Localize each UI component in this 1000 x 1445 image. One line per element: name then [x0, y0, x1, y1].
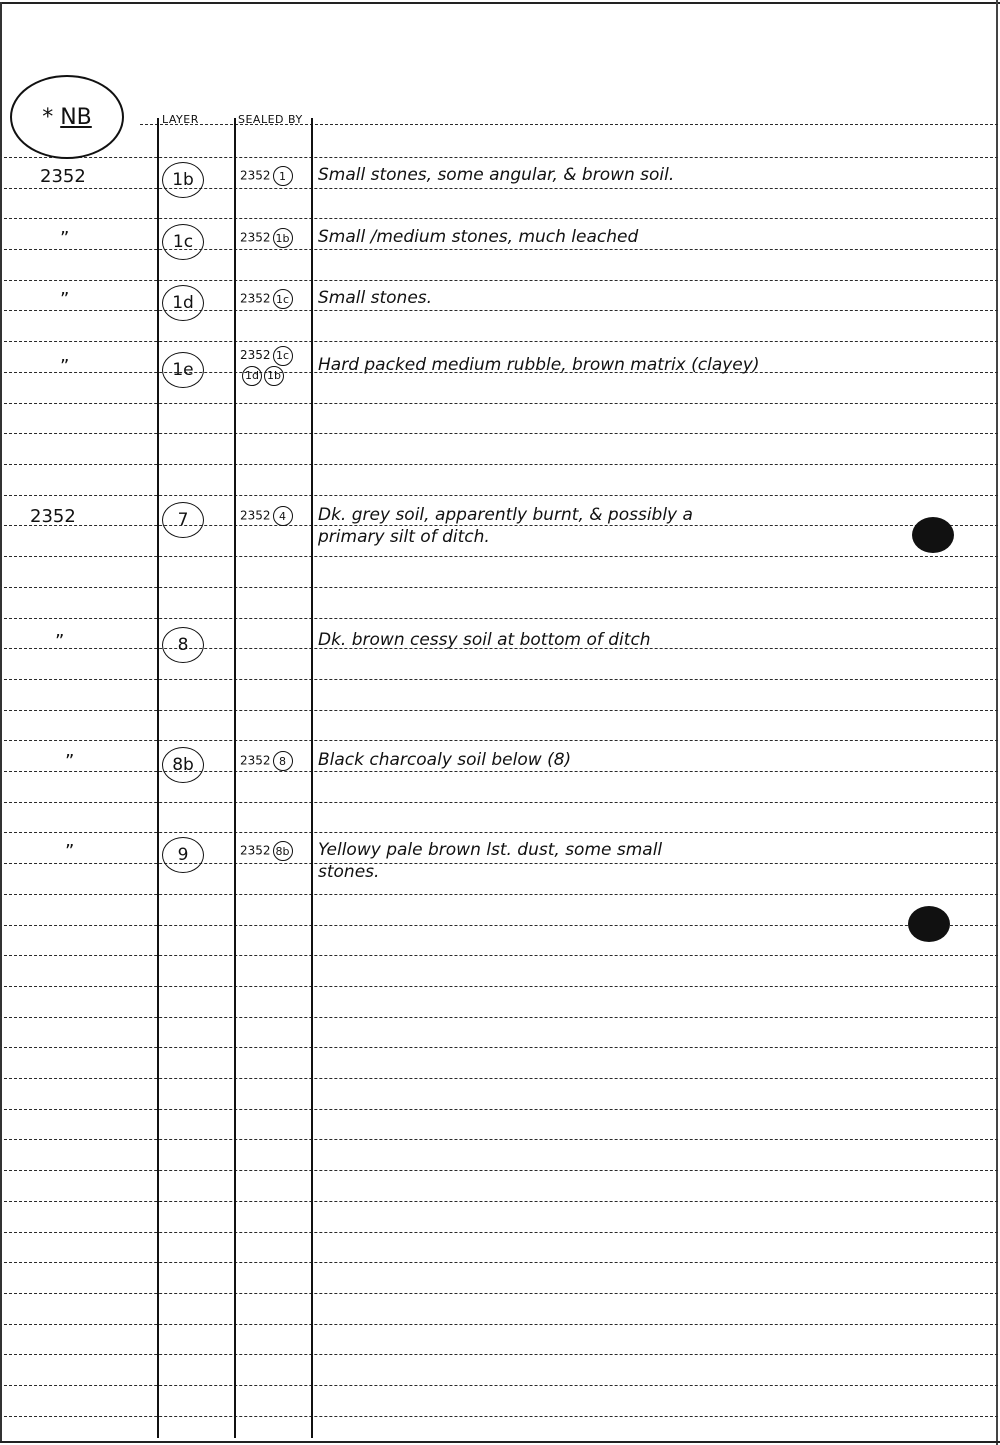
column-divider-description [311, 118, 313, 1438]
ruled-line [4, 863, 998, 864]
ruled-line [4, 740, 998, 741]
sealed-by-context: 2352 [240, 231, 271, 245]
ruled-line [4, 587, 998, 588]
context-number: ” [60, 289, 69, 310]
sealed-by: 23524 [240, 506, 293, 526]
ruled-line [4, 1385, 998, 1386]
ruled-line [4, 1262, 998, 1263]
ruled-line [4, 1047, 998, 1048]
sealed-by: 23521c1d1b [240, 346, 312, 386]
sealed-by: 23521c [240, 289, 293, 309]
ruled-line [4, 1017, 998, 1018]
sealed-by-layer: 8b [273, 841, 293, 861]
ruled-line [4, 464, 998, 465]
ruled-line [4, 249, 998, 250]
sealed-by-context: 2352 [240, 348, 271, 362]
header-layer: LAYER [162, 113, 199, 126]
sealed-by-context: 2352 [240, 844, 271, 858]
asterisk-icon: * [42, 105, 53, 130]
layer-description: Hard packed medium rubble, brown matrix … [318, 355, 759, 375]
ruled-line [4, 218, 998, 219]
ruled-line [4, 1139, 998, 1140]
punch-hole-lower [908, 906, 950, 942]
layer-description: Small /medium stones, much leached [318, 227, 638, 247]
sealed-by-context: 2352 [240, 509, 271, 523]
layer-description: Dk. grey soil, apparently burnt, & possi… [318, 505, 693, 525]
sealed-by-layer: 1d [242, 366, 262, 386]
nb-text: NB [60, 105, 92, 130]
ruled-line [4, 495, 998, 496]
sealed-by-layer: 1c [273, 289, 293, 309]
layer-description: Dk. brown cessy soil at bottom of ditch [318, 630, 651, 650]
ruled-line [4, 525, 998, 526]
sealed-by-layer: 1c [273, 346, 293, 366]
ruled-line [4, 433, 998, 434]
layer-description: Small stones, some angular, & brown soil… [318, 165, 674, 185]
ruled-line [4, 1324, 998, 1325]
column-divider-sealed-by [234, 118, 236, 1438]
ruled-line [4, 832, 998, 833]
ruled-line [4, 618, 998, 619]
layer-number: 8b [162, 747, 204, 783]
sealed-by-layer: 1b [264, 366, 284, 386]
sealed-by-layer: 1b [273, 228, 293, 248]
layer-description: Black charcoaly soil below (8) [318, 750, 571, 770]
context-number: ” [60, 228, 69, 249]
layer-description: Small stones. [318, 288, 432, 308]
ruled-line [4, 341, 998, 342]
ruled-line [4, 157, 998, 158]
ruled-line [4, 1170, 998, 1171]
sealed-by-layer: 4 [273, 506, 293, 526]
layer-description: stones. [318, 862, 379, 882]
ruled-line [4, 986, 998, 987]
ruled-line [4, 679, 998, 680]
page-edge-left [0, 2, 2, 1442]
context-number: ” [55, 631, 64, 652]
layer-number: 8 [162, 627, 204, 663]
ruled-line [4, 771, 998, 772]
ruled-line [4, 710, 998, 711]
layer-number: 1c [162, 224, 204, 260]
sealed-by: 23528b [240, 841, 293, 861]
nb-marker: * NB [10, 75, 124, 159]
sealed-by-context: 2352 [240, 754, 271, 768]
ruled-line [4, 894, 998, 895]
page-edge-bottom [0, 1441, 1000, 1443]
ruled-line [4, 280, 998, 281]
context-number: ” [65, 841, 74, 862]
layer-number: 7 [162, 502, 204, 538]
sealed-by: 23528 [240, 751, 293, 771]
ruled-line [4, 955, 998, 956]
page-edge-right [996, 0, 998, 1445]
header-sealed-by: SEALED BY [238, 113, 303, 126]
ruled-line [4, 556, 998, 557]
sealed-by-context: 2352 [240, 169, 271, 183]
punch-hole-upper [912, 517, 954, 553]
ruled-line [4, 1354, 998, 1355]
sealed-by: 23521 [240, 166, 293, 186]
context-number: ” [60, 356, 69, 377]
notebook-page: * NB LAYER SEALED BY 23521b23521Small st… [0, 0, 1000, 1445]
ruled-line [4, 1416, 998, 1417]
sealed-by-layer: 1 [273, 166, 293, 186]
layer-description: primary silt of ditch. [318, 527, 490, 547]
ruled-line [4, 1232, 998, 1233]
sealed-by-layer: 8 [273, 751, 293, 771]
ruled-line [4, 802, 998, 803]
sealed-by-context: 2352 [240, 292, 271, 306]
page-edge-top [0, 2, 1000, 4]
ruled-line [4, 1109, 998, 1110]
layer-number: 9 [162, 837, 204, 873]
column-divider-layer [157, 118, 159, 1438]
context-number: ” [65, 751, 74, 772]
ruled-line [4, 925, 998, 926]
ruled-line [4, 1201, 998, 1202]
context-number: 2352 [30, 506, 76, 527]
sealed-by: 23521b [240, 228, 293, 248]
ruled-line [4, 1078, 998, 1079]
ruled-line [4, 403, 998, 404]
layer-description: Yellowy pale brown lst. dust, some small [318, 840, 662, 860]
ruled-line [4, 188, 998, 189]
layer-number: 1e [162, 352, 204, 388]
layer-number: 1d [162, 285, 204, 321]
context-number: 2352 [40, 166, 86, 187]
ruled-line [4, 1293, 998, 1294]
layer-number: 1b [162, 162, 204, 198]
ruled-line [4, 310, 998, 311]
